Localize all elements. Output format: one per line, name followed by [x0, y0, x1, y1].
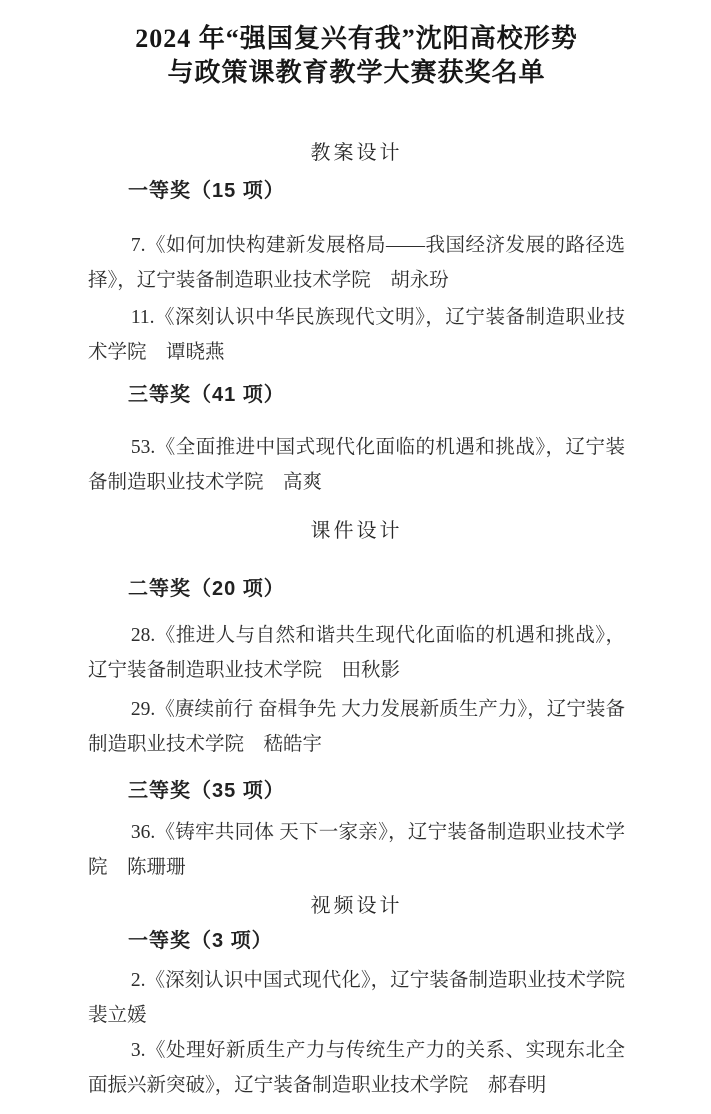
- section-heading-courseware-design: 课件设计: [88, 520, 625, 542]
- page-title-line1: 2024 年“强国复兴有我”沈阳高校形势: [88, 22, 625, 56]
- section-heading-video-design: 视频设计: [88, 895, 625, 917]
- award-item-36: 36.《铸牢共同体 天下一家亲》，辽宁装备制造职业技术学院 陈珊珊: [88, 815, 625, 885]
- award-item-11: 11.《深刻认识中华民族现代文明》，辽宁装备制造职业技术学院 谭晓燕: [88, 300, 625, 370]
- page-title-line2: 与政策课教育教学大赛获奖名单: [88, 56, 625, 90]
- award-heading-first-prize-15: 一等奖（15 项）: [128, 180, 625, 202]
- award-heading-second-prize-20: 二等奖（20 项）: [128, 578, 625, 600]
- award-item-53: 53.《全面推进中国式现代化面临的机遇和挑战》，辽宁装备制造职业技术学院 高爽: [88, 430, 625, 500]
- award-item-29: 29.《赓续前行 奋楫争先 大力发展新质生产力》，辽宁装备制造职业技术学院 嵇皓…: [88, 692, 625, 762]
- award-item-7: 7.《如何加快构建新发展格局——我国经济发展的路径选择》，辽宁装备制造职业技术学…: [88, 228, 625, 298]
- award-heading-third-prize-41: 三等奖（41 项）: [128, 384, 625, 406]
- award-heading-first-prize-3: 一等奖（3 项）: [128, 930, 625, 952]
- section-heading-lesson-plan-design: 教案设计: [88, 142, 625, 164]
- award-item-2: 2.《深刻认识中国式现代化》，辽宁装备制造职业技术学院 裴立媛: [88, 963, 625, 1033]
- award-heading-third-prize-35: 三等奖（35 项）: [128, 780, 625, 802]
- award-item-28: 28.《推进人与自然和谐共生现代化面临的机遇和挑战》，辽宁装备制造职业技术学院 …: [88, 618, 625, 688]
- document-page: 2024 年“强国复兴有我”沈阳高校形势 与政策课教育教学大赛获奖名单 教案设计…: [0, 0, 711, 1114]
- page-title: 2024 年“强国复兴有我”沈阳高校形势 与政策课教育教学大赛获奖名单: [88, 22, 625, 90]
- award-item-3: 3.《处理好新质生产力与传统生产力的关系、实现东北全面振兴新突破》，辽宁装备制造…: [88, 1033, 625, 1103]
